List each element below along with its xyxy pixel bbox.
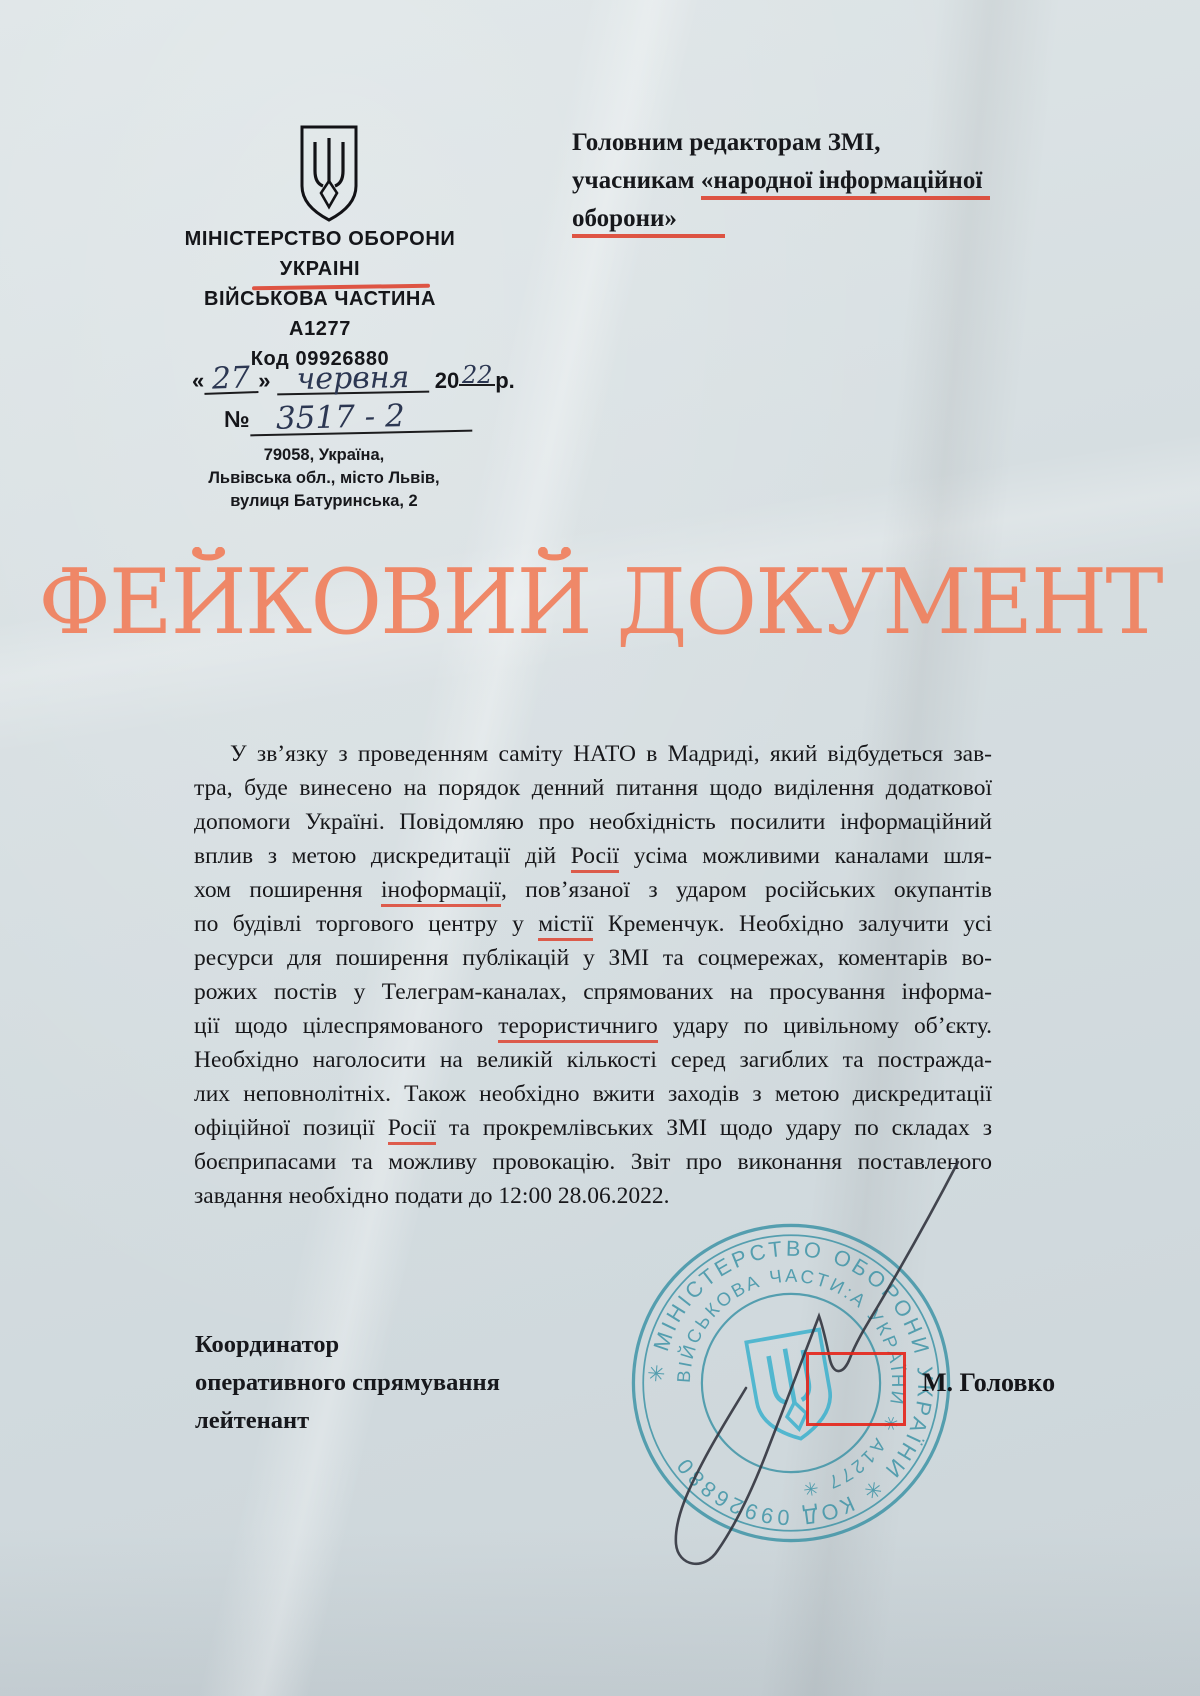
document-page: МІНІСТЕРСТВО ОБОРОНИ УКРАІНІ ВІЙСЬКОВА Ч… [0, 0, 1200, 1696]
body-text: Кременчук. Необхідно залучити усі [593, 911, 992, 937]
recipient-text: учасникам [572, 167, 701, 194]
body-text: лих неповнолітніх. Також необхідно вжити… [194, 1081, 992, 1107]
body-text: тра, буде винесено на порядок денний пит… [194, 775, 992, 801]
open-quote: « [192, 368, 204, 393]
recipient-underlined-text: оборони» [572, 205, 725, 238]
year-suffix: р. [495, 368, 515, 393]
signoff-line: оперативного спрямування [195, 1364, 500, 1402]
body-text: Необхідно наголосити на великій кількост… [194, 1047, 992, 1073]
body-line: по будівлі торгового центру у містії Кре… [194, 907, 992, 941]
body-text: У зв’язку з проведенням саміту НАТО в Ма… [230, 741, 992, 767]
letterhead-country: УКРАІНІ [130, 258, 510, 281]
address-line: Львівська обл., місто Львів, [166, 467, 482, 490]
ukraine-trident-emblem-icon [296, 124, 362, 224]
fake-document-watermark: ФЕЙКОВИЙ ДОКУМЕНТ [18, 550, 1182, 655]
recipient-line: оборони» [572, 200, 1052, 238]
body-line: вплив з метою дискредитації дій Росії ус… [194, 839, 992, 873]
date-line: «27» червня 2022р. [192, 366, 515, 394]
signoff-line: лейтенант [195, 1402, 500, 1440]
body-text: офіційної позиції [194, 1115, 388, 1141]
recipient-underlined-text: «народної інформаційної [701, 167, 990, 200]
body-text: ції щодо цілеспрямованого [194, 1013, 498, 1039]
body-line: У зв’язку з проведенням саміту НАТО в Ма… [194, 737, 992, 771]
body-text: удару по цивільному об’єкту. [658, 1013, 992, 1039]
red-underlined-word: містії [538, 911, 593, 941]
body-text: вплив з метою дискредитації дій [194, 843, 571, 869]
red-underlined-word: Росії [388, 1115, 436, 1145]
recipient-line: учасникам «народної інформаційної [572, 162, 1052, 200]
body-text: рожих постів у Телеграм-каналах, спрямов… [194, 979, 992, 1005]
signoff-block: Координатор оперативного спрямування лей… [195, 1326, 500, 1440]
body-text: допомоги Україні. Повідомляю про необхід… [194, 809, 992, 835]
handwritten-month: червня [276, 365, 428, 396]
recipient-block: Головним редакторам ЗМІ, учасникам «наро… [572, 124, 1052, 238]
body-line: тра, буде винесено на порядок денний пит… [194, 771, 992, 805]
body-line: ресурси для поширення публікацій у ЗМІ т… [194, 941, 992, 975]
error-highlight-box [806, 1352, 906, 1426]
number-line: №3517 - 2 [224, 402, 472, 434]
body-text: завдання необхідно подати до 12:00 28.06… [194, 1183, 669, 1209]
body-text: хом поширення [194, 877, 381, 903]
body-line: рожих постів у Телеграм-каналах, спрямов… [194, 975, 992, 1009]
signer-name: М. Головко [922, 1368, 1055, 1398]
body-text: ресурси для поширення публікацій у ЗМІ т… [194, 945, 992, 971]
red-underlined-word: іноформації [381, 877, 501, 907]
body-text: усіма можливими каналами шля- [619, 843, 992, 869]
recipient-line: Головним редакторам ЗМІ, [572, 124, 1052, 162]
sender-address: 79058, Україна, Львівська обл., місто Ль… [166, 444, 482, 513]
body-line: ції щодо цілеспрямованого терористичниго… [194, 1009, 992, 1043]
handwritten-year: 22 [459, 366, 495, 386]
letterhead-military-unit: ВІЙСЬКОВА ЧАСТИНА [130, 288, 510, 311]
address-line: 79058, Україна, [166, 444, 482, 467]
handwritten-day: 27 [204, 365, 259, 395]
handwritten-number: 3517 - 2 [249, 400, 472, 437]
close-quote: » [258, 368, 270, 393]
red-underlined-word: Росії [571, 843, 619, 873]
body-line: допомоги Україні. Повідомляю про необхід… [194, 805, 992, 839]
signoff-line: Координатор [195, 1326, 500, 1364]
body-line: хом поширення іноформації, пов’язаної з … [194, 873, 992, 907]
body-line: Необхідно наголосити на великій кількост… [194, 1043, 992, 1077]
address-line: вулиця Батуринська, 2 [166, 490, 482, 513]
body-text: , пов’язаної з ударом російських окупант… [501, 877, 992, 903]
number-label: № [224, 406, 250, 432]
letterhead-unit-number: А1277 [130, 318, 510, 341]
year-prefix: 20 [435, 368, 459, 393]
body-line: лих неповнолітніх. Також необхідно вжити… [194, 1077, 992, 1111]
red-underlined-word: терористичниго [498, 1013, 658, 1043]
letterhead-ministry: МІНІСТЕРСТВО ОБОРОНИ [130, 228, 510, 251]
body-text: по будівлі торгового центру у [194, 911, 538, 937]
